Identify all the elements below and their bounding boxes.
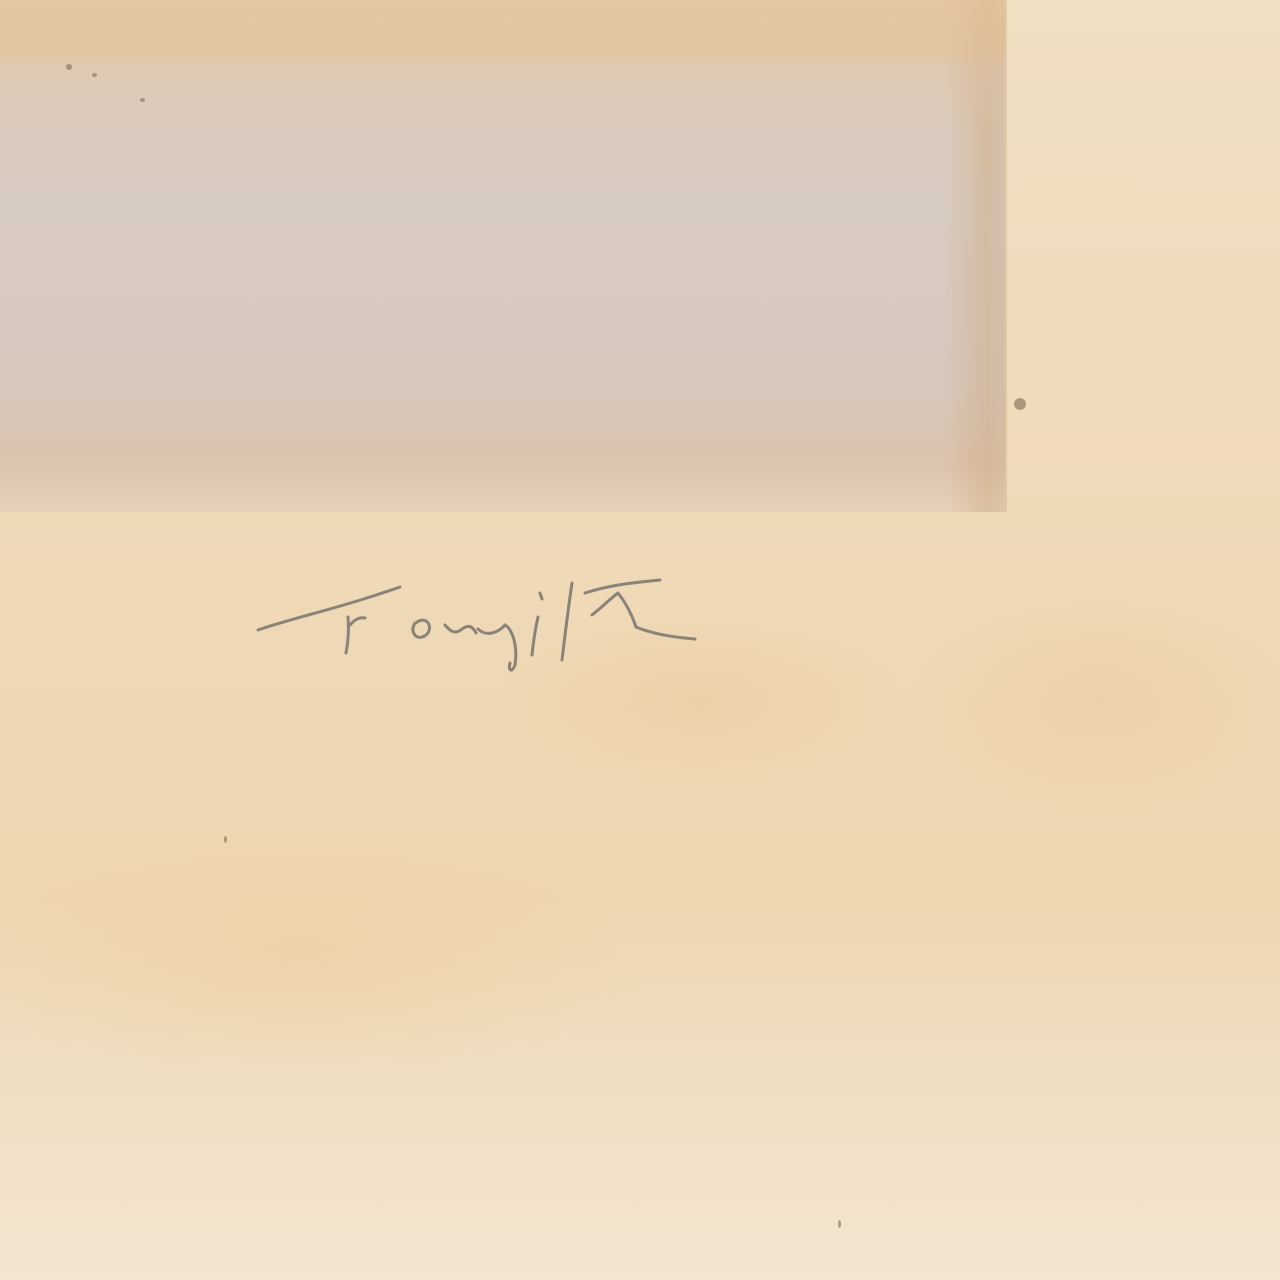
printed-image-area (0, 0, 1005, 512)
signature-stroke-icon (250, 555, 950, 675)
artist-signature: Foujita (250, 555, 950, 675)
foxing-speck (838, 1220, 841, 1228)
foxing-speck (66, 64, 72, 70)
signature-text: Foujita (250, 555, 254, 556)
foxing-speck (224, 836, 227, 843)
foxing-speck (1014, 398, 1026, 410)
foxing-speck (140, 98, 145, 102)
foxing-speck (92, 73, 97, 77)
